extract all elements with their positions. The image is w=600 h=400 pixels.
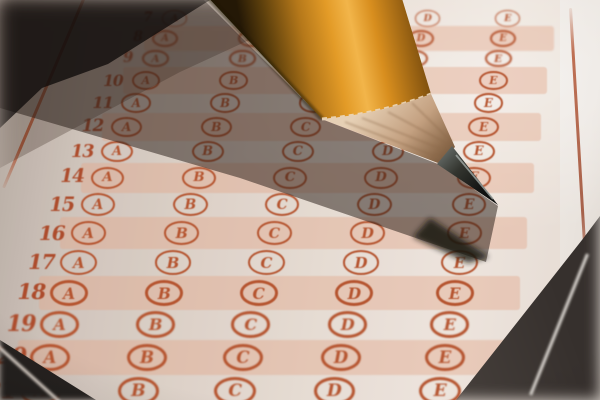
pencil-graphite-tip (437, 146, 498, 205)
pencil (0, 0, 600, 400)
pencil-body (203, 0, 431, 119)
pencil-tip-contact-shadow (413, 218, 489, 263)
photo-scantron-with-pencil: 7ABCDE8ABCDE9ABCDE10ABCDE11ABCDE12ABCDE1… (0, 0, 600, 400)
